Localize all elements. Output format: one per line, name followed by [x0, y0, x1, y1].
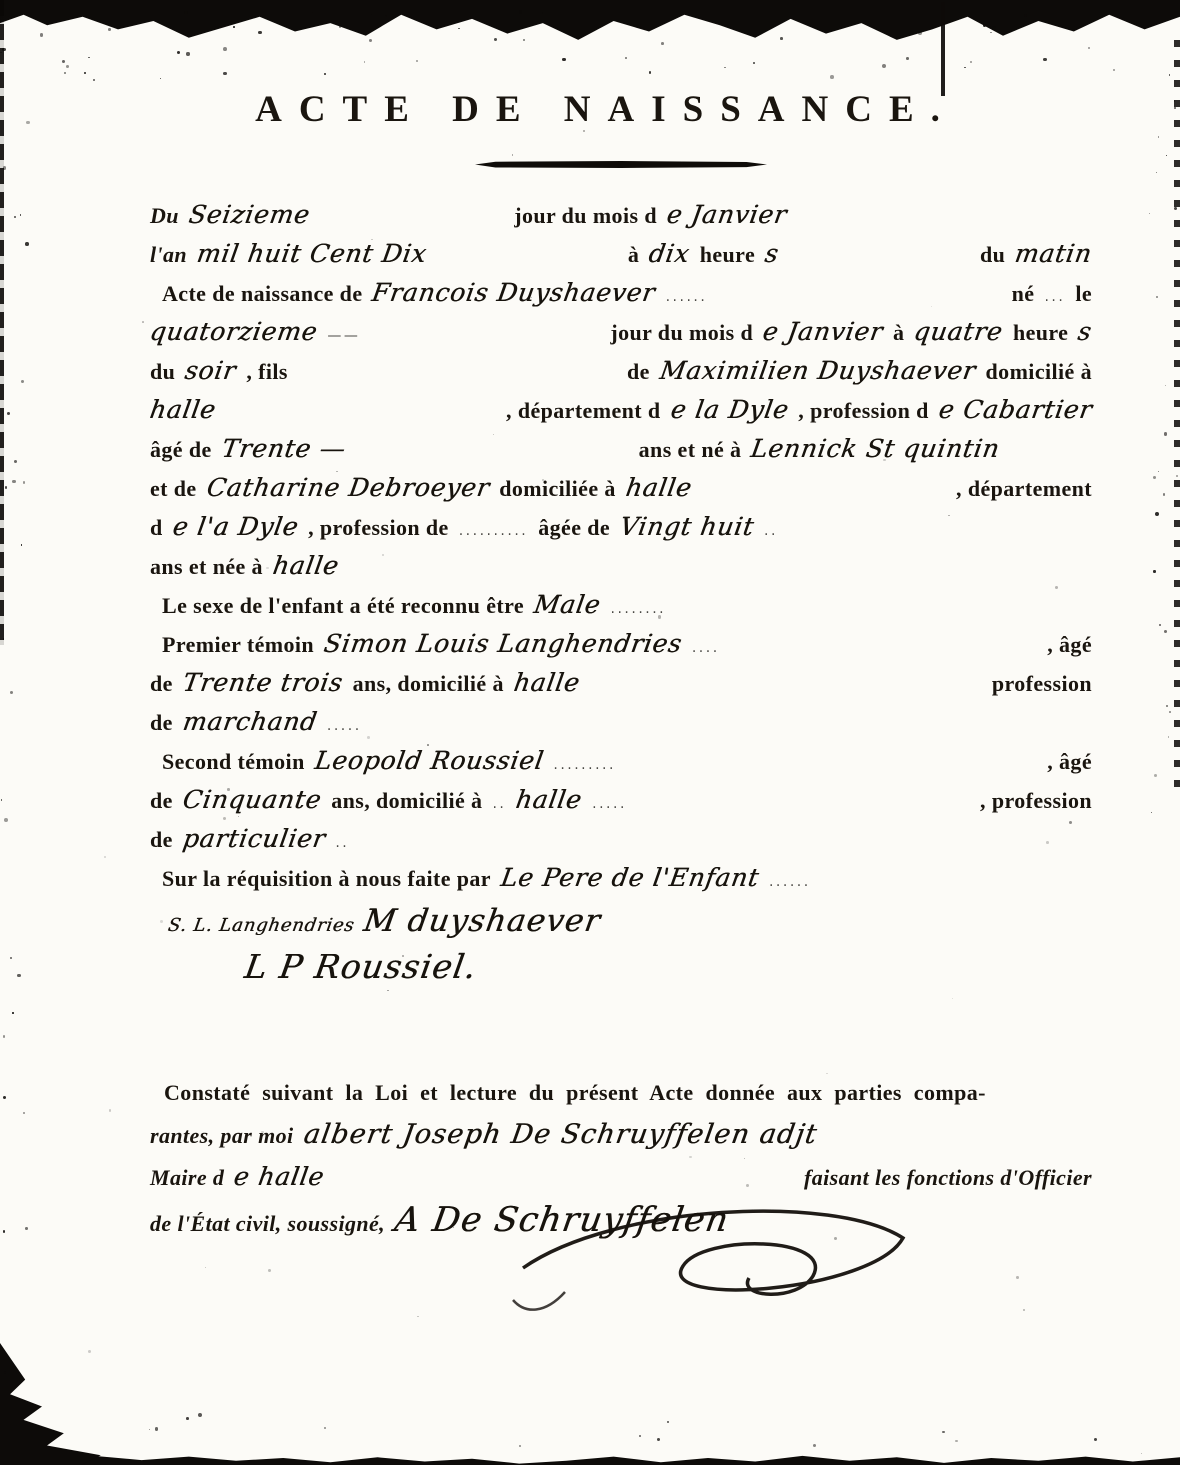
noise-speck: [177, 51, 180, 54]
handwritten-text: Simon Louis Langhendries: [322, 631, 684, 657]
dotted-leader: ...: [1044, 289, 1065, 305]
noise-speck: [223, 47, 227, 51]
printed-text: âgé de: [150, 437, 212, 463]
noise-speck: [142, 321, 144, 323]
noise-speck: [12, 1012, 13, 1013]
printed-text: de: [150, 788, 173, 814]
printed-text: l'an: [150, 242, 187, 268]
scan-noise-bottom-edge: [0, 1451, 1180, 1465]
noise-speck: [639, 1435, 641, 1437]
printed-text: de: [150, 671, 173, 697]
noise-speck: [1023, 1309, 1026, 1312]
document-line: dusoir, filsdeMaximilien Duyshaeverdomic…: [150, 358, 1092, 385]
printed-text: de: [150, 710, 173, 736]
noise-speck: [62, 60, 65, 63]
dotted-leader: .....: [592, 796, 627, 812]
dotted-leader: ..: [335, 835, 349, 851]
noise-speck: [20, 214, 21, 215]
noise-speck: [23, 1112, 25, 1114]
document-line: Premier témoinSimon Louis Langhendries..…: [150, 631, 1092, 658]
noise-speck: [88, 57, 89, 58]
noise-speck: [990, 32, 991, 33]
handwritten-text: dix: [647, 241, 692, 267]
handwritten-text: Trente trois: [181, 670, 345, 696]
noise-speck: [3, 1096, 6, 1099]
printed-text: , âgé: [1047, 632, 1092, 658]
printed-text: , département d: [506, 398, 660, 424]
noise-speck: [494, 38, 497, 41]
noise-speck: [1088, 47, 1090, 49]
printed-text: d: [150, 515, 163, 541]
noise-speck: [542, 479, 544, 481]
dotted-leader: ....: [692, 640, 720, 656]
document-line: quatorzieme——jour du mois de Janvieràqua…: [150, 319, 1092, 346]
noise-speck: [160, 78, 161, 79]
document-line: Constaté suivant la Loi et lecture du pr…: [150, 1080, 1092, 1106]
noise-speck: [10, 691, 13, 694]
printed-text: à: [628, 242, 639, 268]
noise-speck: [10, 957, 12, 959]
noise-speck: [5, 486, 8, 489]
noise-speck: [1159, 624, 1162, 627]
printed-text: le: [1075, 281, 1092, 307]
document-line: Sur la réquisition à nous faite parLe Pe…: [150, 865, 1092, 892]
noise-speck: [186, 1417, 189, 1420]
printed-text: ans, domicilié à: [353, 671, 504, 697]
handwritten-signature: L P Roussiel.: [242, 950, 479, 984]
noise-speck: [1166, 705, 1168, 707]
noise-speck: [2, 48, 5, 51]
handwritten-text: Male: [532, 592, 603, 618]
noise-speck: [258, 31, 261, 34]
printed-text: profession: [992, 671, 1092, 697]
handwritten-text: quatre: [912, 319, 1005, 345]
noise-speck: [512, 154, 514, 156]
document-line: ans et née àhalle: [150, 553, 1092, 580]
handwritten-text: halle: [514, 787, 584, 813]
printed-text: rantes, par moi: [150, 1123, 294, 1149]
noise-speck: [992, 26, 996, 30]
printed-text: de l'État civil, soussigné,: [150, 1211, 385, 1237]
noise-speck: [324, 1427, 326, 1429]
printed-text: Du: [150, 203, 179, 229]
printed-text: Constaté suivant la Loi et lecture du pr…: [164, 1080, 986, 1106]
noise-speck: [882, 64, 886, 68]
noise-speck: [1, 799, 2, 800]
printed-text: , profession de: [308, 515, 449, 541]
handwritten-text: halle: [512, 670, 582, 696]
handwritten-text: s: [1076, 319, 1094, 345]
handwritten-text: soir: [183, 358, 238, 384]
printed-text: Premier témoin: [162, 632, 314, 658]
noise-speck: [746, 1184, 749, 1187]
noise-speck: [25, 242, 29, 246]
noise-speck: [970, 61, 972, 63]
noise-speck: [830, 75, 834, 79]
printed-text: ans, domicilié à: [331, 788, 482, 814]
noise-speck: [661, 42, 664, 45]
title-divider-rule: [475, 161, 767, 168]
noise-speck: [613, 118, 615, 120]
noise-speck: [753, 62, 755, 64]
noise-speck: [1166, 155, 1167, 156]
noise-speck: [667, 1421, 668, 1422]
noise-speck: [942, 1431, 945, 1434]
handwritten-text: matin: [1013, 241, 1094, 267]
noise-speck: [523, 39, 526, 42]
noise-speck: [198, 1413, 202, 1417]
noise-speck: [1158, 136, 1160, 138]
handwritten-text: e halle: [232, 1164, 326, 1190]
printed-text: Le sexe de l'enfant a été reconnu être: [162, 593, 524, 619]
noise-speck: [1169, 74, 1170, 75]
printed-text: Acte de naissance de: [162, 281, 362, 307]
document-line: l'anmil huit Cent Dixàdixheuresdumatin: [150, 241, 1092, 268]
handwritten-signature: S. L. Langhendries: [166, 915, 356, 937]
handwritten-signature: M duyshaever: [362, 904, 604, 938]
noise-speck: [724, 67, 725, 68]
noise-speck: [14, 216, 16, 218]
noise-speck: [21, 544, 22, 545]
noise-speck: [3, 1230, 5, 1232]
printed-text: jour du mois d: [610, 320, 753, 346]
noise-speck: [3, 166, 6, 169]
scan-noise-left-edge: [0, 0, 4, 645]
printed-text: âgée de: [538, 515, 610, 541]
noise-speck: [1153, 570, 1155, 572]
handwritten-text: s: [763, 241, 781, 267]
noise-speck: [1113, 69, 1115, 71]
noise-speck: [40, 33, 44, 37]
noise-speck: [744, 1158, 745, 1159]
document-line: rantes, par moialbert Joseph De Schruyff…: [150, 1118, 1092, 1152]
printed-text: heure: [1013, 320, 1068, 346]
handwritten-text: halle: [271, 553, 341, 579]
noise-speck: [3, 1035, 5, 1037]
document-line: Second témoinLeopold Roussiel........., …: [150, 748, 1092, 775]
dotted-leader: ......: [666, 289, 708, 305]
printed-text: , profession: [980, 788, 1092, 814]
printed-text: du: [150, 359, 175, 385]
noise-speck: [88, 1350, 91, 1353]
noise-speck: [834, 1237, 837, 1240]
handwritten-text: quatorzieme: [148, 319, 319, 345]
dotted-leader: ..: [492, 796, 506, 812]
handwritten-text: Lennick St quintin: [749, 436, 1002, 462]
noise-speck: [780, 37, 783, 40]
noise-speck: [233, 26, 235, 28]
handwritten-text: marchand: [181, 709, 319, 735]
noise-speck: [369, 39, 372, 42]
printed-text: et de: [150, 476, 197, 502]
noise-speck: [1158, 471, 1159, 472]
noise-speck: [983, 24, 986, 27]
noise-speck: [407, 14, 410, 17]
noise-speck: [223, 72, 226, 75]
document-line: demarchand.....: [150, 709, 1092, 736]
printed-text: né: [1012, 281, 1035, 307]
handwritten-text: e l'a Dyle: [171, 514, 301, 540]
mayor-signature-line: de l'État civil, soussigné,A De Schruyff…: [150, 1203, 1092, 1237]
noise-speck: [1156, 172, 1157, 173]
document-line: halle, département de la Dyle, professio…: [150, 397, 1092, 424]
handwritten-text: Leopold Roussiel: [313, 748, 546, 774]
noise-speck: [519, 1445, 521, 1447]
noise-speck: [324, 73, 326, 75]
printed-text: , fils: [246, 359, 288, 385]
noise-speck: [268, 1269, 271, 1272]
handwritten-text: e Janvier: [665, 202, 789, 228]
noise-speck: [155, 1427, 159, 1431]
noise-speck: [955, 1440, 958, 1443]
printed-text: à: [893, 320, 904, 346]
noise-speck: [813, 1444, 816, 1447]
noise-speck: [1165, 385, 1167, 387]
dotted-leader: ......: [769, 874, 811, 890]
noise-speck: [21, 380, 24, 383]
dotted-leader: .........: [553, 757, 616, 773]
scanned-birth-certificate: ACTE DE NAISSANCE. DuSeiziemejour du moi…: [0, 0, 1180, 1465]
noise-speck: [205, 1267, 206, 1268]
printed-text: faisant les fonctions d'Officier: [804, 1165, 1092, 1191]
noise-speck: [3, 638, 5, 640]
noise-speck: [227, 788, 230, 791]
noise-speck: [1043, 58, 1047, 62]
noise-speck: [1141, 1453, 1142, 1454]
witness-signature-line: L P Roussiel.: [150, 950, 1092, 984]
noise-speck: [261, 1131, 263, 1133]
document-line: Acte de naissance deFrancois Duyshaever.…: [150, 280, 1092, 307]
printed-text: Maire d: [150, 1165, 224, 1191]
scan-noise-right-edge: [1174, 40, 1180, 800]
document-line: et deCatharine Debroeyerdomiciliée àhall…: [150, 475, 1092, 502]
noise-speck: [883, 459, 886, 462]
noise-speck: [108, 28, 111, 31]
noise-speck: [12, 480, 15, 483]
handwritten-signature: albert Joseph De Schruyffelen adjt: [301, 1118, 820, 1152]
noise-speck: [1155, 512, 1159, 516]
handwritten-text: halle: [148, 397, 218, 423]
noise-speck: [66, 65, 69, 68]
handwritten-text: Vingt huit: [618, 514, 756, 540]
noise-speck: [1163, 493, 1166, 496]
noise-speck: [1168, 736, 1169, 737]
scan-noise-top-edge: [0, 0, 1180, 42]
noise-speck: [93, 79, 95, 81]
dotted-leader: ..........: [459, 523, 529, 539]
handwritten-text: Francois Duyshaever: [370, 280, 657, 306]
printed-text: de: [150, 827, 173, 853]
scan-noise-corner-blob: [0, 1343, 168, 1465]
noise-speck: [149, 1429, 150, 1430]
noise-speck: [562, 58, 566, 62]
handwritten-text: Seizieme: [187, 202, 312, 228]
noise-speck: [1169, 711, 1171, 713]
printed-text: , département: [956, 476, 1092, 502]
handwritten-text: e la Dyle: [668, 397, 790, 423]
handwritten-text: Maximilien Duyshaever: [658, 358, 978, 384]
printed-text: Sur la réquisition à nous faite par: [162, 866, 491, 892]
printed-text: , âgé: [1047, 749, 1092, 775]
printed-text: du: [980, 242, 1005, 268]
noise-speck: [417, 1316, 419, 1318]
noise-speck: [14, 460, 17, 463]
noise-speck: [657, 1438, 660, 1441]
noise-speck: [104, 856, 106, 858]
noise-speck: [1149, 213, 1150, 214]
document-line: de l'a Dyle, profession de..........âgée…: [150, 514, 1092, 541]
document-line: departiculier..: [150, 826, 1092, 853]
noise-speck: [1046, 841, 1049, 844]
noise-speck: [364, 61, 365, 62]
noise-speck: [64, 72, 66, 74]
document-title: ACTE DE NAISSANCE.: [120, 88, 1092, 131]
handwritten-text: Catharine Debroeyer: [205, 475, 492, 501]
dotted-leader: ..: [764, 523, 778, 539]
noise-speck: [7, 412, 10, 415]
noise-speck: [658, 615, 661, 618]
handwritten-text: Trente —: [220, 436, 348, 462]
noise-speck: [964, 67, 965, 68]
noise-speck: [4, 818, 8, 822]
noise-speck: [427, 744, 429, 746]
printed-text: jour du mois d: [514, 203, 657, 229]
document-line: deCinquanteans, domicilié à..halle.....,…: [150, 787, 1092, 814]
noise-speck: [1174, 107, 1176, 109]
noise-speck: [458, 28, 459, 29]
dotted-leader: ——: [327, 328, 360, 344]
noise-speck: [1094, 1438, 1097, 1441]
noise-speck: [1055, 586, 1058, 589]
printed-text: domicilié à: [986, 359, 1092, 385]
noise-speck: [906, 57, 909, 60]
noise-speck: [17, 974, 21, 978]
witness-signature-line: S. L. LanghendriesM duyshaever: [150, 904, 1092, 938]
noise-speck: [84, 72, 86, 74]
noise-speck: [367, 736, 370, 739]
noise-speck: [23, 481, 25, 483]
noise-speck: [1154, 774, 1158, 778]
printed-text: ans et née à: [150, 554, 263, 580]
noise-speck: [519, 10, 523, 14]
noise-speck: [1164, 432, 1167, 435]
handwritten-text: mil huit Cent Dix: [195, 241, 429, 267]
noise-speck: [416, 60, 418, 62]
handwritten-text: e Janvier: [761, 319, 885, 345]
handwritten-text: particulier: [181, 826, 328, 852]
printed-text: , profession d: [798, 398, 929, 424]
scan-artifact-line: [941, 2, 945, 96]
document-line: Le sexe de l'enfant a été reconnu êtreMa…: [150, 592, 1092, 619]
handwritten-text: e Cabartier: [937, 397, 1094, 423]
noise-speck: [385, 15, 387, 17]
handwritten-text: Cinquante: [181, 787, 324, 813]
document-line: Maire de hallefaisant les fonctions d'Of…: [150, 1164, 1092, 1191]
noise-speck: [1153, 476, 1157, 480]
noise-speck: [109, 1109, 112, 1112]
noise-speck: [1156, 296, 1158, 298]
printed-text: ans et né à: [639, 437, 742, 463]
printed-text: de: [627, 359, 650, 385]
noise-speck: [382, 554, 384, 556]
noise-speck: [649, 71, 651, 73]
noise-speck: [918, 31, 922, 35]
handwritten-text: Le Pere de l'Enfant: [499, 865, 761, 891]
document-line: deTrente troisans, domicilié àhalleprofe…: [150, 670, 1092, 697]
printed-text: domiciliée à: [499, 476, 616, 502]
dotted-leader: .....: [327, 718, 362, 734]
printed-text: Second témoin: [162, 749, 305, 775]
noise-speck: [26, 121, 29, 124]
printed-text: heure: [700, 242, 755, 268]
noise-speck: [186, 52, 189, 55]
handwritten-text: halle: [624, 475, 694, 501]
noise-speck: [25, 1227, 28, 1230]
noise-speck: [1174, 100, 1176, 102]
noise-speck: [1151, 812, 1152, 813]
document-line: âgé deTrente —ans et né àLennick St quin…: [150, 436, 1092, 463]
noise-speck: [336, 471, 337, 472]
handwritten-signature: A De Schruyffelen: [392, 1203, 731, 1237]
noise-speck: [542, 12, 543, 13]
noise-speck: [650, 20, 652, 22]
document-body: DuSeiziemejour du mois de Janvierl'anmil…: [150, 202, 1092, 1237]
noise-speck: [266, 567, 269, 570]
noise-speck: [1016, 1276, 1019, 1279]
noise-speck: [1164, 630, 1167, 633]
document-line: DuSeiziemejour du mois de Janvier: [150, 202, 1092, 229]
noise-speck: [625, 57, 627, 59]
